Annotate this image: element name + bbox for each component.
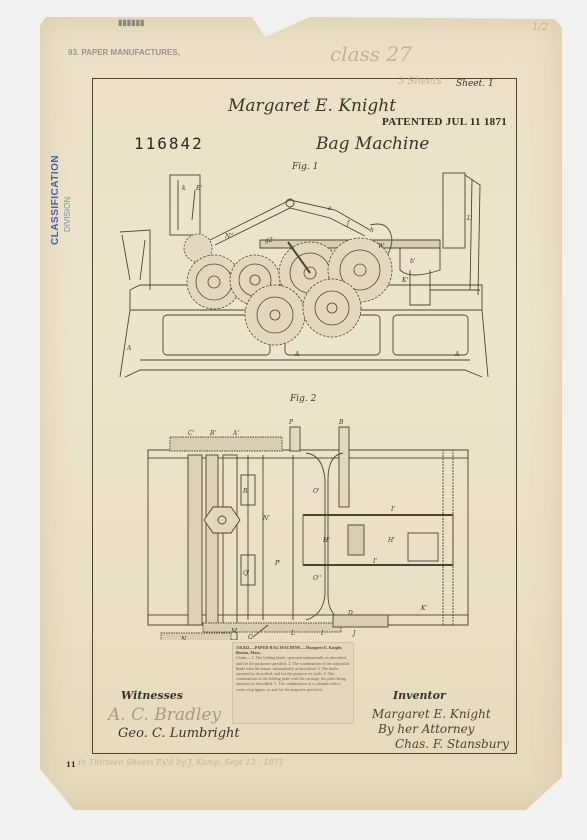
attorney-signature: Chas. F. Stansbury	[395, 737, 509, 751]
svg-text:C': C'	[188, 430, 195, 437]
svg-text:L: L	[290, 630, 295, 637]
sheet-label: Sheet. 1	[456, 79, 494, 89]
svg-text:A: A	[126, 345, 132, 352]
svg-text:J: J	[351, 630, 356, 637]
svg-text:R: R	[242, 488, 248, 495]
svg-text:D: D	[347, 610, 353, 617]
classification-stamp: CLASSIFICATION	[50, 155, 61, 245]
svg-text:f: f	[346, 220, 351, 227]
bottom-mark: 11	[66, 760, 76, 769]
svg-text:I': I'	[372, 558, 377, 565]
patented-stamp: PATENTED JUL 11 1871	[382, 116, 507, 128]
svg-text:G: G	[248, 634, 253, 640]
svg-text:N'': N''	[224, 233, 234, 240]
svg-text:L': L'	[466, 215, 473, 222]
svg-text:h: h	[370, 227, 374, 234]
svg-text:I': I'	[390, 506, 395, 513]
svg-text:K': K'	[401, 277, 408, 284]
class-note: class 27	[330, 42, 412, 66]
corner-note: 1/2	[532, 22, 548, 33]
witness-signature-1: A. C. Bradley	[108, 705, 221, 725]
manufactures-stamp: 93. PAPER MANUFACTURES,	[68, 48, 180, 57]
svg-text:A: A	[294, 351, 300, 358]
by-attorney-label: By her Attorney	[378, 722, 474, 736]
svg-text:P: P	[288, 419, 294, 426]
fig2-label: Fig. 2	[290, 394, 316, 404]
svg-text:A': A'	[232, 430, 239, 437]
inventor-label: Inventor	[393, 689, 446, 702]
svg-text:a: a	[328, 205, 332, 212]
division-stamp: DIVISION	[63, 197, 72, 232]
svg-text:E': E'	[195, 185, 202, 192]
top-stamp-smudge: ▮▮▮▮▮▮	[118, 18, 144, 27]
svg-text:g2: g2	[265, 237, 273, 244]
svg-text:H': H'	[322, 537, 330, 544]
clipping-heading: 116,842.—PAPER-BAG MACHINE.—Margaret E. …	[236, 645, 350, 655]
svg-text:H': H'	[387, 537, 395, 544]
svg-text:W: W	[378, 243, 385, 250]
fig1-drawing: A A A f a h W k E' N'' g2 K' b' L'	[110, 170, 495, 380]
svg-text:M: M	[230, 628, 238, 635]
svg-text:k: k	[182, 185, 186, 192]
inventor-signature: Margaret E. Knight	[372, 707, 491, 721]
svg-text:b': b'	[410, 258, 416, 265]
witnesses-label: Witnesses	[121, 689, 183, 702]
clipping-body: Claim.—1. The folding blade, operated su…	[236, 655, 350, 691]
bottom-pencil-note: In Thirteen Sheets Ex'd by J. Kemp, Sept…	[78, 758, 284, 767]
patent-title: Bag Machine	[316, 134, 429, 154]
svg-text:N: N	[180, 636, 187, 640]
svg-text:A: A	[454, 351, 460, 358]
svg-text:O'': O''	[313, 575, 322, 582]
svg-text:K': K'	[420, 605, 427, 612]
svg-text:O': O'	[313, 488, 320, 495]
patent-number: 116842	[134, 134, 204, 153]
fig2-drawing: C' B' A' P B O' N' P' O'' Q' R H' H' I' …	[143, 415, 473, 640]
sheets-note: 3 Sheets	[398, 76, 442, 87]
inventor-title: Margaret E. Knight	[228, 96, 396, 116]
svg-text:Q': Q'	[243, 570, 250, 577]
claims-clipping: 116,842.—PAPER-BAG MACHINE.—Margaret E. …	[232, 642, 354, 724]
svg-text:N': N'	[262, 515, 270, 522]
svg-text:B: B	[338, 419, 344, 426]
svg-text:B': B'	[209, 430, 216, 437]
svg-text:P': P'	[274, 560, 281, 567]
witness-signature-2: Geo. C. Lumbright	[118, 726, 240, 741]
